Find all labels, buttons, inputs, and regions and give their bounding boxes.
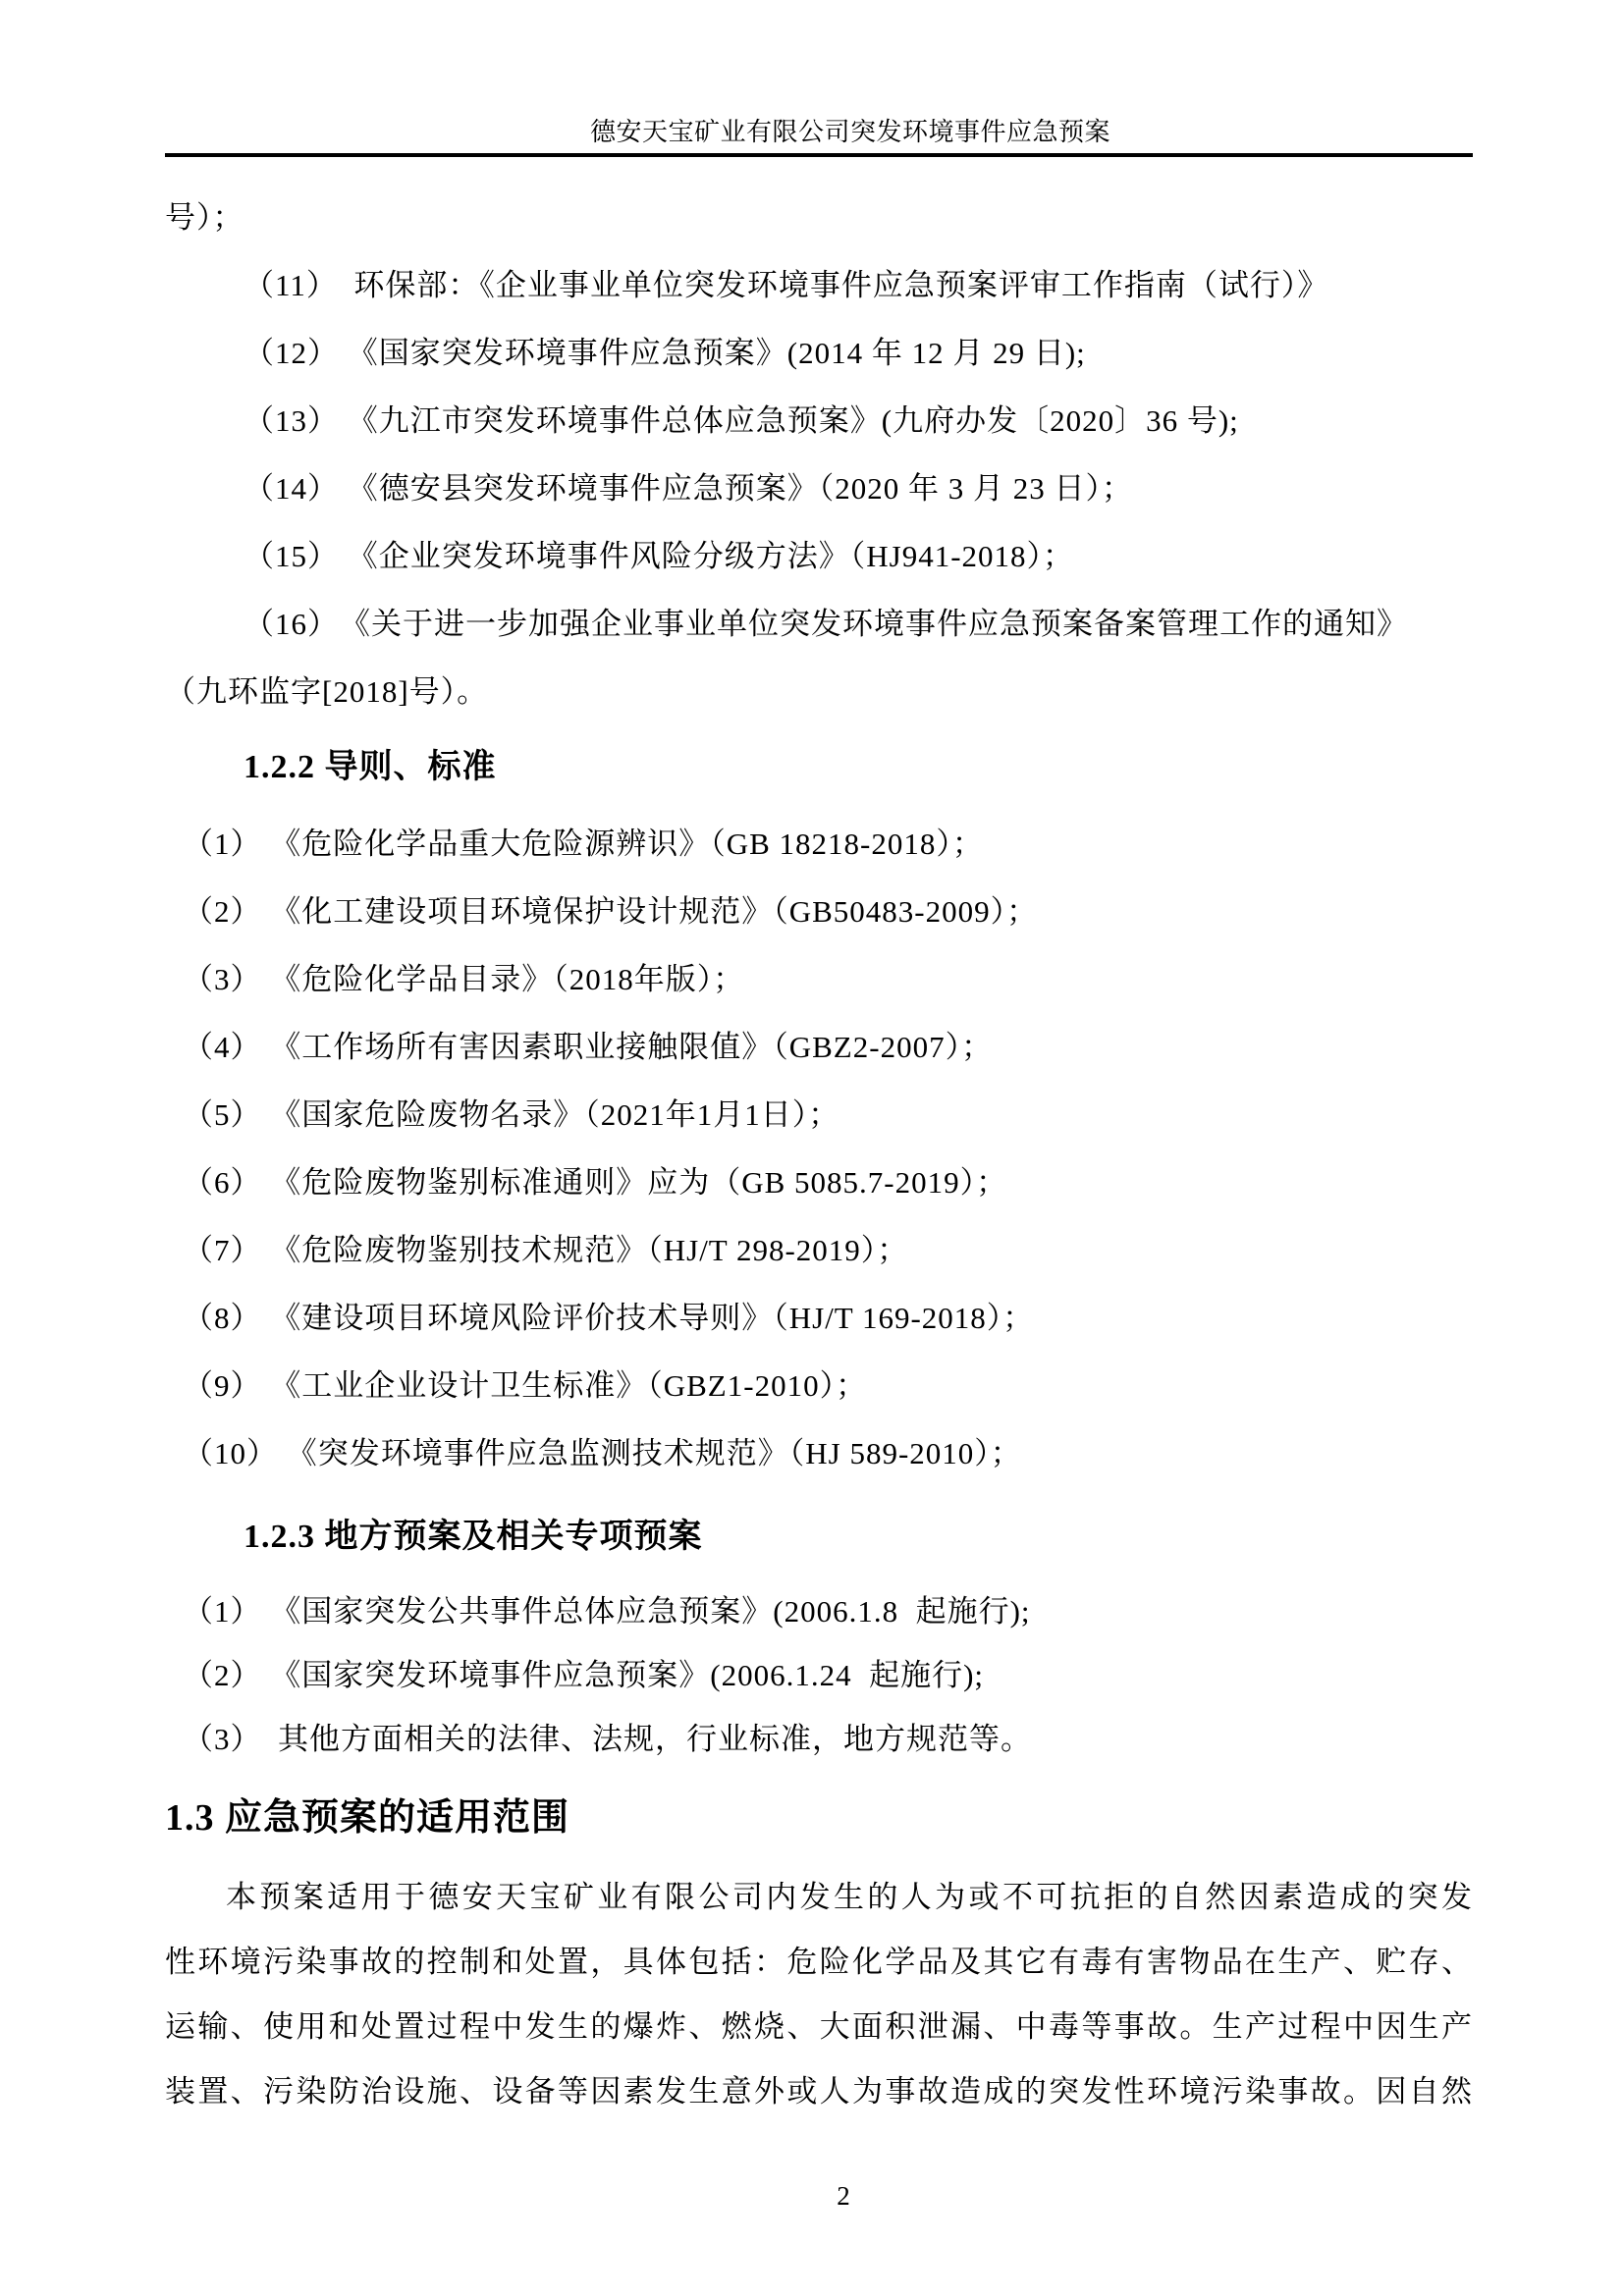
guideline-item-2: （2） 《化工建设项目环境保护设计规范》（GB50483-2009）； [165,878,1473,945]
guideline-item-5: （5） 《国家危险废物名录》（2021年1月1日）； [165,1081,1473,1148]
scope-paragraph-line-2: 性环境污染事故的控制和处置，具体包括：危险化学品及其它有毒有害物品在生产、贮存、 [165,1930,1473,1995]
reference-item-13: （13） 《九江市突发环境事件总体应急预案》(九府办发〔2020〕36 号); [165,387,1473,454]
local-plan-item-2: （2） 《国家突发环境事件应急预案》(2006.1.24 起施行); [165,1643,1473,1707]
guideline-item-3: （3） 《危险化学品目录》（2018年版）； [165,945,1473,1013]
header-title: 德安天宝矿业有限公司突发环境事件应急预案 [0,0,1624,145]
guideline-item-1: （1） 《危险化学品重大危险源辨识》（GB 18218-2018）； [165,810,1473,878]
scope-paragraph-line-4: 装置、污染防治设施、设备等因素发生意外或人为事故造成的突发性环境污染事故。因自然 [165,2059,1473,2124]
page-header: 德安天宝矿业有限公司突发环境事件应急预案 [0,0,1624,157]
reference-item-15: （15） 《企业突发环境事件风险分级方法》（HJ941-2018）； [165,522,1473,590]
local-plan-item-1: （1） 《国家突发公共事件总体应急预案》(2006.1.8 起施行); [165,1579,1473,1643]
section-heading-1-2-3: 1.2.3 地方预案及相关专项预案 [244,1495,1473,1579]
reference-tail-line: （九环监字[2018]号）。 [165,658,1473,725]
local-plan-item-3: （3） 其他方面相关的法律、法规，行业标准，地方规范等。 [165,1707,1473,1771]
page-content: 号）； （11） 环保部：《企业事业单位突发环境事件应急预案评审工作指南（试行）… [0,157,1624,2124]
reference-item-12: （12） 《国家突发环境事件应急预案》(2014 年 12 月 29 日); [165,319,1473,387]
section-heading-1-3: 1.3 应急预案的适用范围 [165,1771,1473,1865]
section-heading-1-2-2: 1.2.2 导则、标准 [244,725,1473,810]
guideline-item-9: （9） 《工业企业设计卫生标准》（GBZ1-2010）； [165,1352,1473,1419]
guideline-item-8: （8） 《建设项目环境风险评价技术导则》（HJ/T 169-2018）； [165,1284,1473,1352]
carryover-line: 号）； [165,184,1473,251]
scope-paragraph-line-3: 运输、使用和处置过程中发生的爆炸、燃烧、大面积泄漏、中毒等事故。生产过程中因生产 [165,1995,1473,2059]
reference-item-16: （16） 《关于进一步加强企业事业单位突发环境事件应急预案备案管理工作的通知》 [165,590,1473,658]
guideline-item-4: （4） 《工作场所有害因素职业接触限值》（GBZ2-2007）； [165,1013,1473,1081]
reference-item-14: （14） 《德安县突发环境事件应急预案》（2020 年 3 月 23 日）； [165,454,1473,522]
guideline-item-7: （7） 《危险废物鉴别技术规范》（HJ/T 298-2019）； [165,1216,1473,1284]
page-footer: 2 [63,2183,1624,2209]
page-number: 2 [837,2181,850,2211]
document-page: 德安天宝矿业有限公司突发环境事件应急预案 号）； （11） 环保部：《企业事业单… [0,0,1624,2296]
reference-item-11: （11） 环保部：《企业事业单位突发环境事件应急预案评审工作指南（试行）》 [165,251,1473,319]
guideline-item-6: （6） 《危险废物鉴别标准通则》应为（GB 5085.7-2019）； [165,1148,1473,1216]
scope-paragraph-line-1: 本预案适用于德安天宝矿业有限公司内发生的人为或不可抗拒的自然因素造成的突发 [165,1865,1473,1930]
guideline-item-10: （10） 《突发环境事件应急监测技术规范》（HJ 589-2010）； [165,1419,1473,1487]
